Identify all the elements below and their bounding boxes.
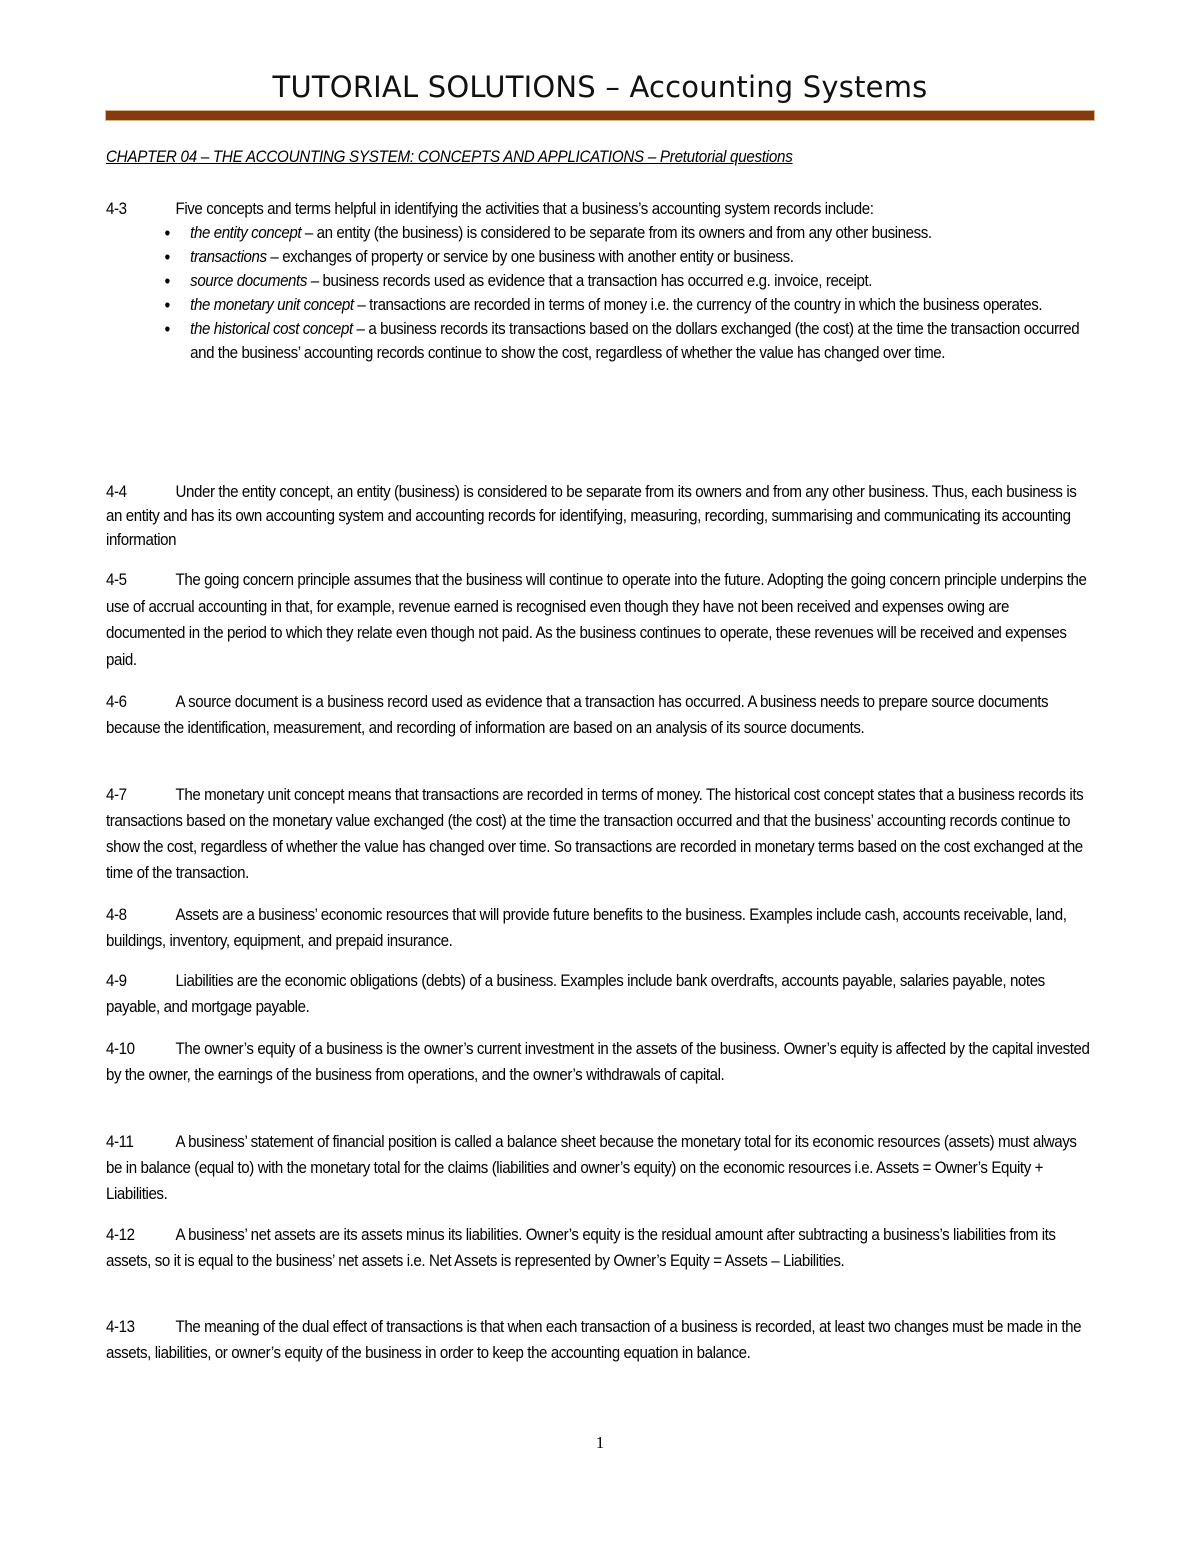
question-text: A business’ net assets are its assets mi… xyxy=(106,1226,1056,1270)
question-text: Assets are a business’ economic resource… xyxy=(106,906,1066,950)
question-4-5: 4-5The going concern principle assumes t… xyxy=(106,567,1090,673)
question-intro: 4-3Five concepts and terms helpful in id… xyxy=(106,197,1090,221)
question-4-9: 4-9Liabilities are the economic obligati… xyxy=(106,968,1090,1020)
question-4-6: 4-6A source document is a business recor… xyxy=(106,689,1090,741)
question-text: Under the entity concept, an entity (bus… xyxy=(106,483,1076,549)
concept-text: – an entity (the business) is considered… xyxy=(301,224,932,242)
question-number: 4-11 xyxy=(106,1129,176,1155)
page-number: 1 xyxy=(0,1433,1200,1453)
question-text: The owner’s equity of a business is the … xyxy=(106,1040,1089,1084)
page-title: TUTORIAL SOLUTIONS – Accounting Systems xyxy=(106,70,1094,104)
concept-term: the entity concept xyxy=(190,224,301,242)
chapter-heading: CHAPTER 04 – THE ACCOUNTING SYSTEM: CONC… xyxy=(106,148,793,167)
concept-list: the entity concept – an entity (the busi… xyxy=(106,221,1090,365)
question-text: Liabilities are the economic obligations… xyxy=(106,972,1045,1016)
question-number: 4-10 xyxy=(106,1036,176,1062)
question-4-7: 4-7The monetary unit concept means that … xyxy=(106,782,1090,886)
question-text: The going concern principle assumes that… xyxy=(106,571,1086,669)
document-page: TUTORIAL SOLUTIONS – Accounting Systems … xyxy=(0,0,1200,1553)
question-number: 4-4 xyxy=(106,480,176,504)
list-item: the entity concept – an entity (the busi… xyxy=(106,221,1090,245)
concept-term: source documents xyxy=(190,272,307,290)
question-number: 4-5 xyxy=(106,567,176,594)
concept-term: the monetary unit concept xyxy=(190,296,353,314)
question-number: 4-3 xyxy=(106,197,176,221)
question-4-4: 4-4Under the entity concept, an entity (… xyxy=(106,480,1090,552)
concept-term: the historical cost concept xyxy=(190,320,353,338)
question-text: A source document is a business record u… xyxy=(106,693,1048,737)
concept-text: – business records used as evidence that… xyxy=(307,272,872,290)
question-4-13: 4-13The meaning of the dual effect of tr… xyxy=(106,1314,1090,1366)
list-item: the historical cost concept – a business… xyxy=(106,317,1090,365)
concept-term: transactions xyxy=(190,248,266,266)
list-item: the monetary unit concept – transactions… xyxy=(106,293,1090,317)
question-4-3: 4-3Five concepts and terms helpful in id… xyxy=(106,197,1090,365)
question-4-10: 4-10The owner’s equity of a business is … xyxy=(106,1036,1090,1088)
question-number: 4-9 xyxy=(106,968,176,994)
question-number: 4-8 xyxy=(106,902,176,928)
title-rule-divider xyxy=(106,111,1094,120)
question-text: Five concepts and terms helpful in ident… xyxy=(176,200,874,218)
list-item: transactions – exchanges of property or … xyxy=(106,245,1090,269)
list-item: source documents – business records used… xyxy=(106,269,1090,293)
question-text: A business’ statement of financial posit… xyxy=(106,1133,1077,1203)
question-4-12: 4-12A business’ net assets are its asset… xyxy=(106,1222,1090,1274)
question-4-11: 4-11A business’ statement of financial p… xyxy=(106,1129,1090,1207)
question-number: 4-6 xyxy=(106,689,176,715)
question-4-8: 4-8Assets are a business’ economic resou… xyxy=(106,902,1090,954)
concept-text: – transactions are recorded in terms of … xyxy=(354,296,1043,314)
question-number: 4-7 xyxy=(106,782,176,808)
concept-text: – exchanges of property or service by on… xyxy=(267,248,794,266)
question-text: The meaning of the dual effect of transa… xyxy=(106,1318,1081,1362)
question-text: The monetary unit concept means that tra… xyxy=(106,786,1083,882)
question-number: 4-13 xyxy=(106,1314,176,1340)
question-number: 4-12 xyxy=(106,1222,176,1248)
